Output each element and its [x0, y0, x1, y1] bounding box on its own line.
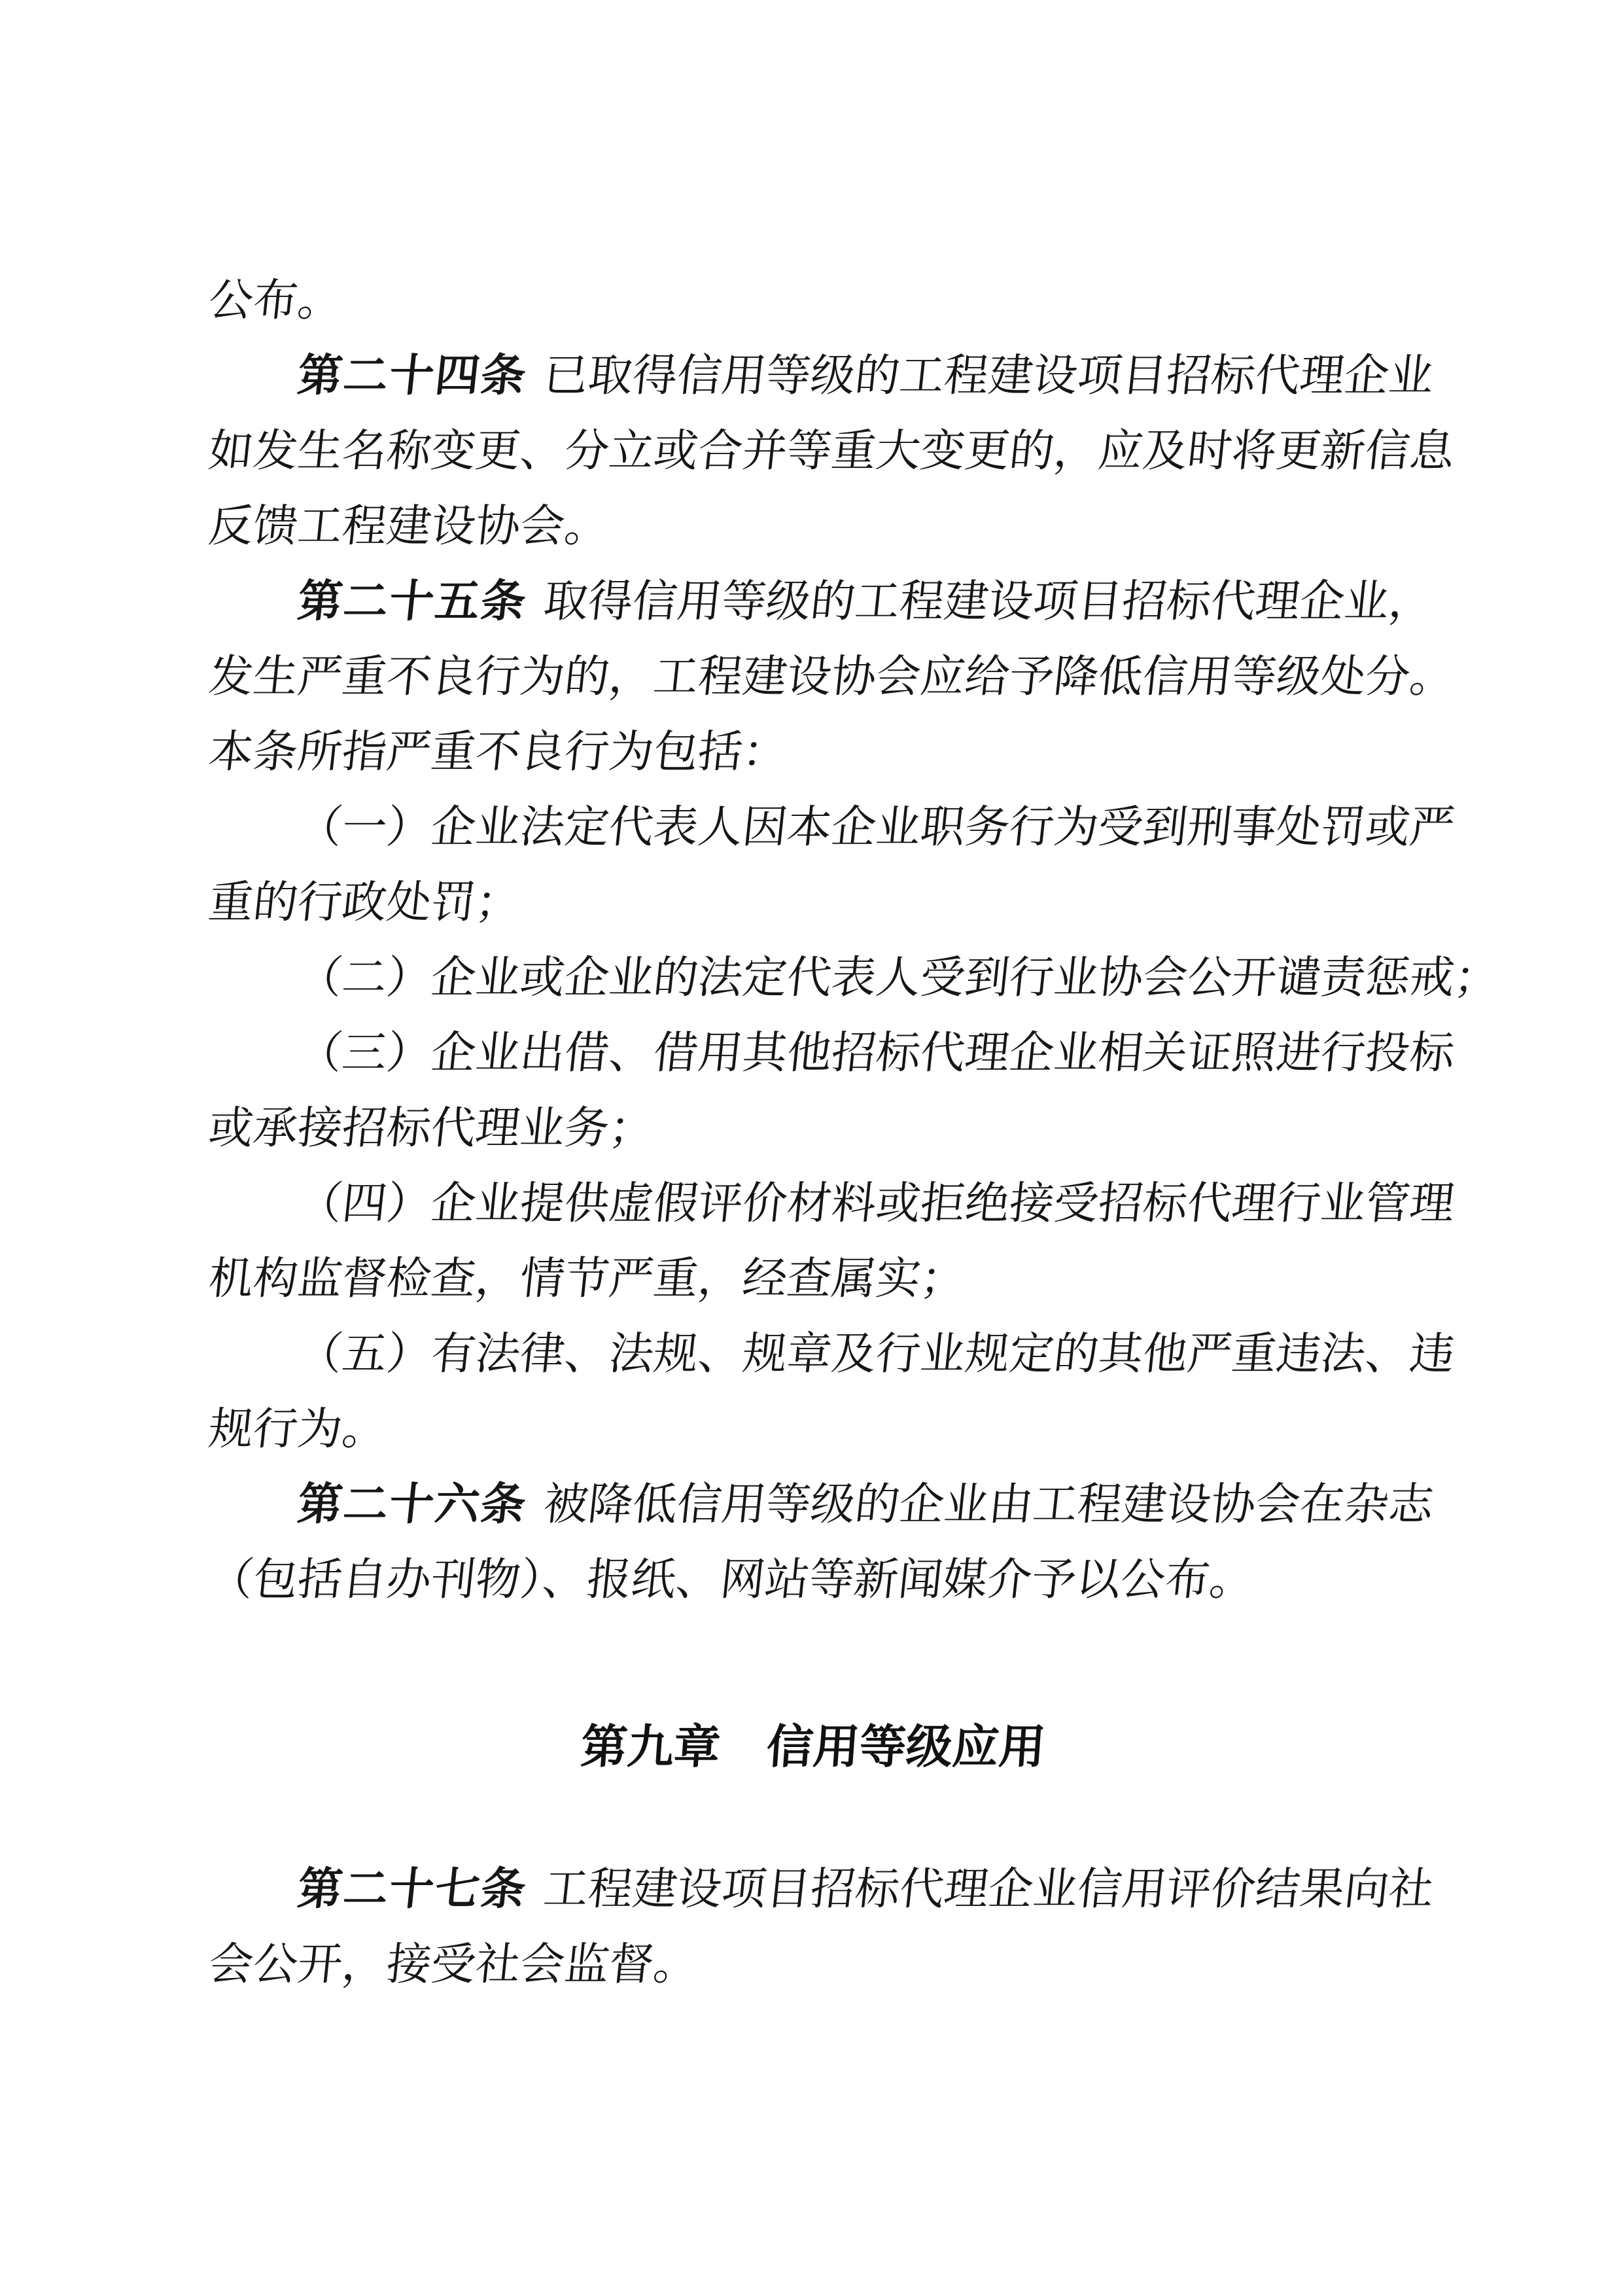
paragraph-text: 规行为。 — [206, 1404, 389, 1454]
paragraph-text: （五）有法律、法规、规章及行业规定的其他严重违法、违 — [295, 1329, 1457, 1379]
article-number: 第二十五条 — [295, 576, 529, 626]
text-line: 机构监督检查，情节严重，经查属实； — [205, 1241, 1423, 1316]
text-line: 第二十七条工程建设项目招标代理企业信用评价结果向社 — [205, 1852, 1423, 1927]
text-line: 第二十六条被降低信用等级的企业由工程建设协会在杂志 — [205, 1467, 1423, 1542]
paragraph-text: 公布。 — [206, 275, 345, 325]
paragraph-text: 如发生名称变更、分立或合并等重大变更的，应及时将更新信息 — [206, 426, 1457, 476]
text-line: （三）企业出借、借用其他招标代理企业相关证照进行投标 — [205, 1016, 1423, 1091]
text-line: 反馈工程建设协会。 — [205, 489, 1423, 564]
document-content: 公布。 第二十四条已取得信用等级的工程建设项目招标代理企业 如发生名称变更、分立… — [208, 263, 1418, 2002]
text-line: 或承接招标代理业务； — [205, 1091, 1423, 1166]
paragraph-text: 本条所指严重不良行为包括： — [206, 727, 790, 777]
chapter-heading: 第九章 信用等级应用 — [205, 1709, 1421, 1786]
paragraph-text: （包括自办刊物）、报纸、网站等新闻媒介予以公布。 — [206, 1555, 1257, 1604]
text-line: 重的行政处罚； — [205, 865, 1423, 940]
paragraph-text: 反馈工程建设协会。 — [206, 501, 612, 551]
paragraph-text: （三）企业出借、借用其他招标代理企业相关证照进行投标 — [295, 1028, 1457, 1078]
paragraph-text: 取得信用等级的工程建设项目招标代理企业， — [541, 576, 1436, 626]
text-line: 第二十四条已取得信用等级的工程建设项目招标代理企业 — [205, 338, 1423, 414]
paragraph-text: （二）企业或企业的法定代表人受到行业协会公开谴责惩戒； — [295, 953, 1501, 1002]
article-number: 第二十六条 — [295, 1479, 529, 1529]
paragraph-text: 被降低信用等级的企业由工程建设协会在杂志 — [541, 1479, 1436, 1529]
text-line: （四）企业提供虚假评价材料或拒绝接受招标代理行业管理 — [205, 1166, 1423, 1241]
paragraph-text: 重的行政处罚； — [206, 877, 523, 927]
text-line: 规行为。 — [205, 1392, 1423, 1467]
text-line: 会公开，接受社会监督。 — [205, 1927, 1423, 2002]
text-line: （一）企业法定代表人因本企业职务行为受到刑事处罚或严 — [205, 790, 1423, 865]
text-line: 第二十五条取得信用等级的工程建设项目招标代理企业， — [205, 564, 1423, 639]
text-line: （五）有法律、法规、规章及行业规定的其他严重违法、违 — [205, 1316, 1423, 1392]
article-number: 第二十七条 — [295, 1864, 529, 1914]
text-line: （包括自办刊物）、报纸、网站等新闻媒介予以公布。 — [205, 1542, 1423, 1617]
article-number: 第二十四条 — [295, 351, 529, 400]
paragraph-text: 已取得信用等级的工程建设项目招标代理企业 — [541, 351, 1436, 400]
paragraph-text: 工程建设项目招标代理企业信用评价结果向社 — [541, 1864, 1436, 1914]
text-line: 发生严重不良行为的，工程建设协会应给予降低信用等级处分。 — [205, 639, 1423, 715]
paragraph-text: （一）企业法定代表人因本企业职务行为受到刑事处罚或严 — [295, 802, 1457, 852]
paragraph-text: 或承接招标代理业务； — [206, 1103, 656, 1153]
paragraph-text: 机构监督检查，情节严重，经查属实； — [206, 1254, 968, 1303]
text-line: 如发生名称变更、分立或合并等重大变更的，应及时将更新信息 — [205, 414, 1423, 489]
document-page: 公布。 第二十四条已取得信用等级的工程建设项目招标代理企业 如发生名称变更、分立… — [0, 0, 1623, 2296]
text-line: 公布。 — [205, 263, 1423, 338]
paragraph-text: 会公开，接受社会监督。 — [206, 1939, 701, 1989]
text-line: （二）企业或企业的法定代表人受到行业协会公开谴责惩戒； — [205, 940, 1423, 1016]
text-line: 本条所指严重不良行为包括： — [205, 715, 1423, 790]
paragraph-text: （四）企业提供虚假评价材料或拒绝接受招标代理行业管理 — [295, 1178, 1457, 1228]
paragraph-text: 发生严重不良行为的，工程建设协会应给予降低信用等级处分。 — [206, 652, 1457, 701]
